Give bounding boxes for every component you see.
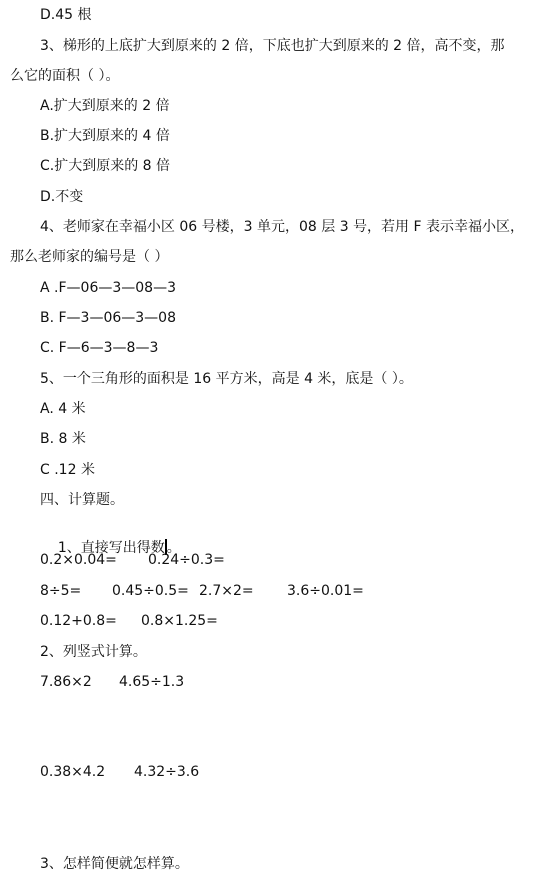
expression: 4.65÷1.3 bbox=[119, 674, 184, 690]
q4-option-c: C. F—6—3—8—3 bbox=[40, 339, 158, 357]
q5-option-a: A. 4 米 bbox=[40, 400, 86, 418]
part3-title: 3、怎样简便就怎样算。 bbox=[40, 855, 189, 873]
q4-stem-line1: 4、老师家在幸福小区 06 号楼，3 单元，08 层 3 号，若用 F 表示幸福… bbox=[40, 218, 524, 236]
part2-title: 2、列竖式计算。 bbox=[40, 643, 147, 661]
expression: 0.45÷0.5= bbox=[112, 583, 189, 599]
q3-option-d: D.不变 bbox=[40, 188, 83, 206]
section4-title: 四、计算题。 bbox=[40, 491, 124, 509]
q4-option-b: B. F—3—06—3—08 bbox=[40, 309, 176, 327]
expression: 0.8×1.25= bbox=[141, 613, 218, 629]
q4-option-a: A .F—06—3—08—3 bbox=[40, 279, 176, 297]
q5-option-b: B. 8 米 bbox=[40, 430, 86, 448]
q5-stem: 5、一个三角形的面积是 16 平方米，高是 4 米，底是（ ）。 bbox=[40, 370, 413, 388]
q2-option-d: D.45 根 bbox=[40, 6, 92, 24]
q4-stem-line2: 那么老师家的编号是（ ） bbox=[10, 248, 168, 266]
q3-option-c: C.扩大到原来的 8 倍 bbox=[40, 157, 170, 175]
expression: 4.32÷3.6 bbox=[134, 764, 199, 780]
expression: 2.7×2= bbox=[199, 583, 254, 599]
expression: 0.38×4.2 bbox=[40, 764, 105, 780]
expression: 0.12+0.8= bbox=[40, 613, 117, 629]
q3-stem-line1: 3、梯形的上底扩大到原来的 2 倍，下底也扩大到原来的 2 倍，高不变，那 bbox=[40, 37, 505, 55]
expression: 8÷5= bbox=[40, 583, 81, 599]
expression: 0.24÷0.3= bbox=[148, 552, 225, 568]
expression: 3.6÷0.01= bbox=[287, 583, 364, 599]
q3-option-a: A.扩大到原来的 2 倍 bbox=[40, 97, 170, 115]
q3-option-b: B.扩大到原来的 4 倍 bbox=[40, 127, 170, 145]
expression: 0.2×0.04= bbox=[40, 552, 117, 568]
expression: 7.86×2 bbox=[40, 674, 92, 690]
q5-option-c: C .12 米 bbox=[40, 461, 95, 479]
q3-stem-line2: 么它的面积（ ）。 bbox=[10, 67, 119, 85]
